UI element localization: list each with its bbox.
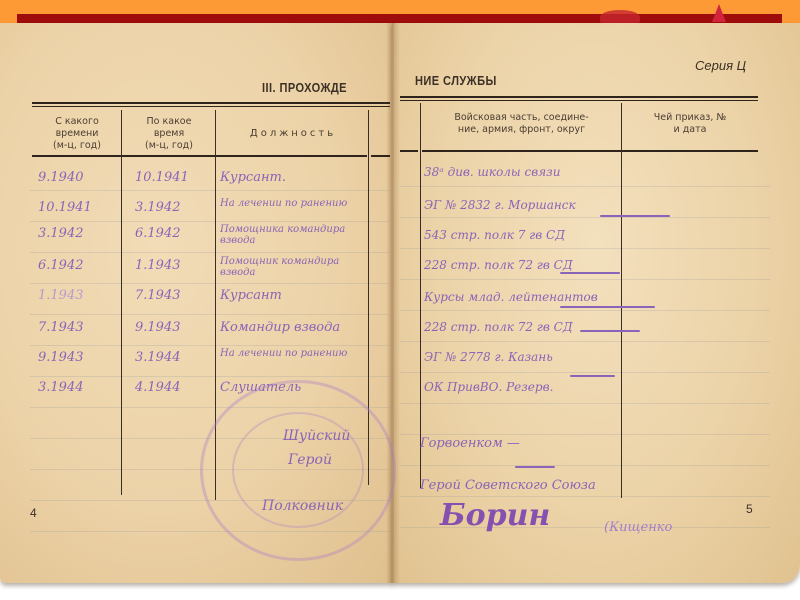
header-unit: Войсковая часть, соедине- ние, армия, фр… (424, 112, 619, 136)
row-to-date: 10.1941 (135, 170, 189, 185)
ruled-line (30, 283, 390, 284)
header-to-line1: По какое (126, 116, 212, 128)
row-unit: Курсы млад. лейтенантов (424, 290, 598, 304)
header-from-line1: С какого (36, 116, 118, 128)
row-unit: 228 стр. полк 72 гв СД (424, 320, 573, 334)
header-to: По какое время (м-ц, год) (126, 116, 212, 152)
row-from-date: 6.1942 (38, 258, 84, 273)
row-position: Командир взвода (220, 320, 340, 335)
ruled-line (400, 310, 770, 311)
row-position: Помощник командира взвода (220, 256, 370, 278)
pen-stroke (560, 306, 655, 308)
row-to-date: 1.1943 (135, 258, 181, 273)
row-from-date: 1.1943 (38, 288, 84, 303)
frame-right-edge (782, 0, 800, 24)
ruled-line (30, 345, 390, 346)
ruled-line (30, 190, 390, 191)
ruled-line (400, 403, 770, 404)
ruled-line (400, 372, 770, 373)
row-unit: 228 стр. полк 72 гв СД (424, 258, 573, 272)
row-position: Помощника командира взвода (220, 224, 370, 246)
col-divider-5 (621, 103, 622, 498)
row-to-date: 3.1944 (135, 350, 181, 365)
signature: Борин (440, 498, 550, 533)
row-position: Курсант. (220, 170, 286, 185)
header-from-line3: (м-ц, год) (36, 140, 118, 152)
ruled-line (400, 279, 770, 280)
row-from-date: 9.1940 (38, 170, 84, 185)
header-position: Должность (218, 128, 368, 140)
header-bottom-rule-left-b (371, 155, 390, 157)
footer-note-line1: Горвоенком — (420, 436, 520, 451)
ruled-line (400, 186, 770, 187)
row-to-date: 7.1943 (135, 288, 181, 303)
row-unit: ЭГ № 2832 г. Моршанск (424, 198, 576, 212)
header-order-line2: и дата (625, 124, 755, 136)
row-unit: 38ᵃ див. школы связи (424, 165, 560, 179)
pen-stroke (560, 272, 620, 274)
header-to-line2: время (126, 128, 212, 140)
ruled-line (30, 376, 390, 377)
page-number-left: 4 (30, 506, 37, 520)
header-order-line1: Чей приказ, № (625, 112, 755, 124)
footer-note-line2: Герой Советского Союза (420, 478, 596, 493)
row-position: Курсант (220, 288, 282, 303)
series-label: Серия Ц (695, 58, 746, 73)
star-icon (712, 4, 726, 22)
ribbon-decoration (600, 10, 640, 24)
frame-red-bar (17, 14, 782, 23)
row-unit: ЭГ № 2778 г. Казань (424, 350, 553, 364)
row-to-date: 4.1944 (135, 380, 181, 395)
stamp-signature-line2: Герой (288, 452, 332, 468)
ruled-line (400, 248, 770, 249)
page-number-right: 5 (746, 502, 753, 516)
ruled-line (30, 314, 390, 315)
row-to-date: 9.1943 (135, 320, 181, 335)
ruled-line (30, 252, 390, 253)
header-top-rule-left-2 (32, 106, 390, 107)
row-to-date: 6.1942 (135, 226, 181, 241)
row-to-date: 3.1942 (135, 200, 181, 215)
pen-stroke (515, 466, 555, 468)
header-top-rule-right (400, 96, 758, 98)
row-from-date: 10.1941 (38, 200, 92, 215)
col-divider-1 (121, 110, 122, 495)
header-to-line3: (м-ц, год) (126, 140, 212, 152)
signature-name: (Кищенко (604, 520, 672, 535)
row-from-date: 3.1944 (38, 380, 84, 395)
pen-stroke (600, 215, 670, 217)
row-from-date: 9.1943 (38, 350, 84, 365)
ruled-line (400, 496, 770, 497)
row-position: На лечении по ранению (220, 198, 370, 209)
pen-stroke (570, 375, 615, 377)
row-from-date: 7.1943 (38, 320, 84, 335)
stamp-signature-line3: Полковник (262, 498, 343, 514)
section-title-left: III. ПРОХОЖДЕ (262, 80, 347, 95)
ruled-line (400, 465, 770, 466)
ruled-line (400, 341, 770, 342)
row-unit: 543 стр. полк 7 гв СД (424, 228, 565, 242)
header-order: Чей приказ, № и дата (625, 112, 755, 136)
header-from-line2: времени (36, 128, 118, 140)
header-bottom-rule-right-a (400, 150, 418, 152)
stamp-signature-line1: Шуйский (283, 428, 350, 444)
ruled-line (30, 221, 390, 222)
row-unit: ОК ПривВО. Резерв. (424, 380, 553, 394)
col-divider-4 (420, 103, 421, 488)
header-from: С какого времени (м-ц, год) (36, 116, 118, 152)
header-bottom-rule-right (422, 150, 758, 152)
ruled-line (400, 217, 770, 218)
header-top-rule-left (32, 102, 390, 104)
header-top-rule-right-2 (400, 100, 758, 101)
section-title-right: НИЕ СЛУЖБЫ (415, 73, 497, 88)
pen-stroke (580, 330, 640, 332)
ruled-line (400, 434, 770, 435)
row-position: На лечении по ранению (220, 348, 370, 359)
header-unit-line2: ние, армия, фронт, округ (424, 124, 619, 136)
row-from-date: 3.1942 (38, 226, 84, 241)
header-unit-line1: Войсковая часть, соедине- (424, 112, 619, 124)
header-bottom-rule-left (32, 155, 367, 157)
